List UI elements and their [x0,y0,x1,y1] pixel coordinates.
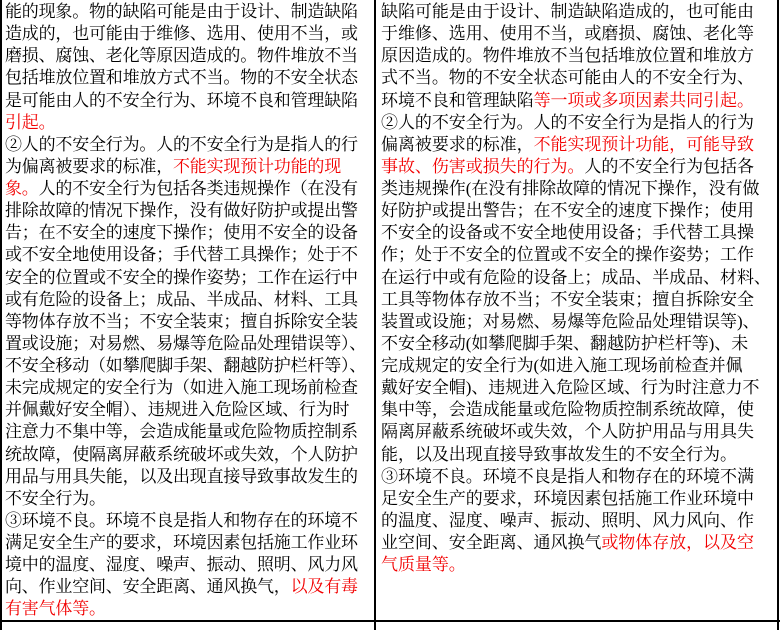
text-run: 不安全的设备或不安全地使用设备；手代替工具操 [381,223,754,242]
text-line: 引起。 [5,112,374,134]
text-line: 能，以及出现直接导致事故发生的不安全行为。 [381,444,778,466]
text-line: 有害气体等。 [5,598,374,620]
text-run: 统故障，使隔离屏蔽系统破坏或失效，个人防护 [5,445,358,464]
text-run: 能的现象。物的缺陷可能是由于设计、制造缺陷 [5,2,358,21]
text-line: 等物体存放不当；不安全装束；擅自拆除安全装 [5,311,374,333]
text-run: 偏离被要求的标准， [381,135,534,154]
text-run: 并佩戴好安全帽）、违规进入危险区域、行为时 [5,400,349,419]
text-run: 好防护或提出警告；在不安全的速度下操作；使用 [381,201,754,220]
text-line: 式不当。物的不安全状态可能由人的不安全行为、 [381,67,778,89]
text-line: 象。人的不安全行为包括各类违规操作（在没有 [5,178,374,200]
text-line: 或不安全地使用设备；手代替工具操作；处于不 [5,244,374,266]
text-line: 隔离屏蔽系统破坏或失效，个人防护用品与用具失 [381,421,778,443]
text-line: 为偏离被要求的标准，不能实现预计功能的现 [5,156,374,178]
text-line: 用品与用具失能，以及出现直接导致事故发生的 [5,466,374,488]
text-run: 戴好安全帽)、违规进入危险区域、行为时注意力不 [381,378,760,397]
text-line: 能的现象。物的缺陷可能是由于设计、制造缺陷 [5,1,374,23]
text-line: 装置或设施；对易燃、易爆等危险品处理错误等)、 [381,311,778,333]
table-cell-right: 缺陷可能是由于设计、制造缺陷造成的，也可能由于维修、选用、使用不当，或磨损、腐蚀… [381,1,778,576]
text-line: 工具等物体存放不当；不安全装束；擅自拆除安全 [381,289,778,311]
text-line: 或有危险的设备上；成品、半成品、材料、工具 [5,289,374,311]
text-line: 类违规操作(在没有排除故障的情况下操作，没有做 [381,178,778,200]
text-run: 不安全移动(如攀爬脚手架、翻越防护栏杆等)、未 [381,334,748,353]
text-run: 或不安全地使用设备；手代替工具操作；处于不 [5,245,358,264]
text-run: 满足安全生产的要求，环境因素包括施工作业环 [5,533,358,552]
text-run: 业空间、安全距离、通风换气 [381,533,601,552]
text-run: 不安全移动（如攀爬脚手架、翻越防护栏杆等）、 [5,356,366,375]
text-line: 不安全行为。 [5,488,374,510]
text-run: 磨损、腐蚀、老化等原因造成的。物件堆放不当 [5,46,358,65]
text-run: 是可能由人的不安全行为、环境不良和管理缺陷 [5,91,358,110]
text-line: 业空间、安全距离、通风换气或物体存放，以及空 [381,532,778,554]
text-run: 安全的位置或不安全的操作姿势；工作在运行中 [5,268,358,287]
text-run: 包括堆放位置和堆放方式不当。物的不安全状态 [5,68,358,87]
revision-text-run: 有害气体等。 [5,599,106,618]
text-line: ③环境不良。环境不良是指人和物存在的环境不满 [381,466,778,488]
text-run: 不安全行为。 [5,489,106,508]
text-run: 未完成规定的安全行为（如进入施工现场前检查 [5,378,358,397]
text-line: 气质量等。 [381,554,778,576]
text-run: 的温度、湿度、噪声、振动、照明、风力风向、作 [381,511,754,530]
text-run: 为偏离被要求的标准， [5,157,173,176]
revision-text-run: 事故、伤害或损失的行为。 [381,157,584,176]
text-line: 注意力不集中等，会造成能量或危险物质控制系 [5,421,374,443]
text-run: 人的不安全行为包括各类违规操作（在没有 [39,179,358,198]
text-line: 事故、伤害或损失的行为。人的不安全行为包括各 [381,156,778,178]
text-run: 人的不安全行为包括各 [584,157,754,176]
text-run: 完成规定的安全行为(如进入施工现场前检查并佩 [381,356,743,375]
text-line: 偏离被要求的标准，不能实现预计功能，可能导致 [381,134,778,156]
text-line: 境中的温度、湿度、噪声、振动、照明、风力风 [5,554,374,576]
text-run: 环境不良和管理缺陷 [381,91,534,110]
text-line: 磨损、腐蚀、老化等原因造成的。物件堆放不当 [5,45,374,67]
text-line: 置或设施；对易燃、易爆等危险品处理错误等）、 [5,333,374,355]
text-run: 在运行中或有危险的设备上；成品、半成品、材料、 [381,268,771,287]
text-run: 造成的，也可能由于维修、选用、使用不当，或 [5,24,358,43]
text-line: 足安全生产的要求，环境因素包括施工作业环境中 [381,488,778,510]
text-run: 于维修、选用、使用不当，或磨损、腐蚀、老化等 [381,24,754,43]
text-line: 并佩戴好安全帽）、违规进入危险区域、行为时 [5,399,374,421]
text-line: 环境不良和管理缺陷等一项或多项因素共同引起。 [381,90,778,112]
table-cell-left: 能的现象。物的缺陷可能是由于设计、制造缺陷造成的，也可能由于维修、选用、使用不当… [5,1,374,621]
text-run: 类违规操作(在没有排除故障的情况下操作，没有做 [381,179,760,198]
text-line: 包括堆放位置和堆放方式不当。物的不安全状态 [5,67,374,89]
text-line: 不安全移动（如攀爬脚手架、翻越防护栏杆等）、 [5,355,374,377]
revision-text-run: 象。 [5,179,39,198]
text-line: 原因造成的。物件堆放不当包括堆放位置和堆放方 [381,45,778,67]
text-line: 戴好安全帽)、违规进入危险区域、行为时注意力不 [381,377,778,399]
text-line: 在运行中或有危险的设备上；成品、半成品、材料、 [381,267,778,289]
text-run: 隔离屏蔽系统破坏或失效，个人防护用品与用具失 [381,422,754,441]
revision-text-run: 不能实现预计功能的现 [173,157,341,176]
text-run: 足安全生产的要求，环境因素包括施工作业环境中 [381,489,754,508]
revision-text-run: 不能实现预计功能，可能导致 [534,135,754,154]
revision-text-run: 引起。 [5,113,55,132]
text-run: 作；处于不安全的位置或不安全的操作姿势；工作 [381,245,754,264]
table-border-right [777,0,779,630]
text-run: 置或设施；对易燃、易爆等危险品处理错误等）、 [5,334,366,353]
text-line: 未完成规定的安全行为（如进入施工现场前检查 [5,377,374,399]
text-run: ②人的不安全行为。人的不安全行为是指人的行为 [381,113,754,132]
table-row-divider [0,620,780,622]
text-line: 造成的，也可能由于维修、选用、使用不当，或 [5,23,374,45]
revision-text-run: 等一项或多项因素共同引起。 [534,91,754,110]
revision-text-run: 或物体存放，以及空 [601,533,754,552]
text-line: 满足安全生产的要求，环境因素包括施工作业环 [5,532,374,554]
table-column-divider [374,0,376,630]
text-line: 缺陷可能是由于设计、制造缺陷造成的，也可能由 [381,1,778,23]
text-run: ③环境不良。环境不良是指人和物存在的环境不满 [381,467,754,486]
text-line: ②人的不安全行为。人的不安全行为是指人的行为 [381,112,778,134]
text-run: 注意力不集中等，会造成能量或危险物质控制系 [5,422,358,441]
text-line: 的温度、湿度、噪声、振动、照明、风力风向、作 [381,510,778,532]
text-line: 排除故障的情况下操作，没有做好防护或提出警 [5,200,374,222]
text-run: 装置或设施；对易燃、易爆等危险品处理错误等)、 [381,312,760,331]
text-run: 能，以及出现直接导致事故发生的不安全行为。 [381,445,737,464]
text-run: 式不当。物的不安全状态可能由人的不安全行为、 [381,68,754,87]
text-run: 缺陷可能是由于设计、制造缺陷造成的，也可能由 [381,2,754,21]
text-run: 向、作业空间、安全距离、通风换气， [5,577,291,596]
text-run: 境中的温度、湿度、噪声、振动、照明、风力风 [5,555,358,574]
text-line: 集中等，会造成能量或危险物质控制系统故障，使 [381,399,778,421]
text-line: 于维修、选用、使用不当，或磨损、腐蚀、老化等 [381,23,778,45]
text-line: 告；在不安全的速度下操作；使用不安全的设备 [5,222,374,244]
table-border-left [0,0,2,630]
text-line: 统故障，使隔离屏蔽系统破坏或失效，个人防护 [5,444,374,466]
text-line: 是可能由人的不安全行为、环境不良和管理缺陷 [5,90,374,112]
text-line: 完成规定的安全行为(如进入施工现场前检查并佩 [381,355,778,377]
text-line: 向、作业空间、安全距离、通风换气，以及有毒 [5,576,374,598]
text-line: 安全的位置或不安全的操作姿势；工作在运行中 [5,267,374,289]
text-run: ③环境不良。环境不良是指人和物存在的环境不 [5,511,358,530]
text-line: 不安全移动(如攀爬脚手架、翻越防护栏杆等)、未 [381,333,778,355]
text-run: 告；在不安全的速度下操作；使用不安全的设备 [5,223,358,242]
text-run: 排除故障的情况下操作，没有做好防护或提出警 [5,201,358,220]
document-table: 能的现象。物的缺陷可能是由于设计、制造缺陷造成的，也可能由于维修、选用、使用不当… [0,0,780,630]
text-run: 集中等，会造成能量或危险物质控制系统故障，使 [381,400,754,419]
text-line: 作；处于不安全的位置或不安全的操作姿势；工作 [381,244,778,266]
text-line: 不安全的设备或不安全地使用设备；手代替工具操 [381,222,778,244]
text-run: 等物体存放不当；不安全装束；擅自拆除安全装 [5,312,358,331]
text-run: 用品与用具失能，以及出现直接导致事故发生的 [5,467,358,486]
text-run: 工具等物体存放不当；不安全装束；擅自拆除安全 [381,290,754,309]
text-line: ③环境不良。环境不良是指人和物存在的环境不 [5,510,374,532]
text-line: ②人的不安全行为。人的不安全行为是指人的行 [5,134,374,156]
text-run: 或有危险的设备上；成品、半成品、材料、工具 [5,290,358,309]
text-line: 好防护或提出警告；在不安全的速度下操作；使用 [381,200,778,222]
text-run: ②人的不安全行为。人的不安全行为是指人的行 [5,135,358,154]
text-run: 原因造成的。物件堆放不当包括堆放位置和堆放方 [381,46,754,65]
revision-text-run: 气质量等。 [381,555,466,574]
revision-text-run: 以及有毒 [291,577,358,596]
